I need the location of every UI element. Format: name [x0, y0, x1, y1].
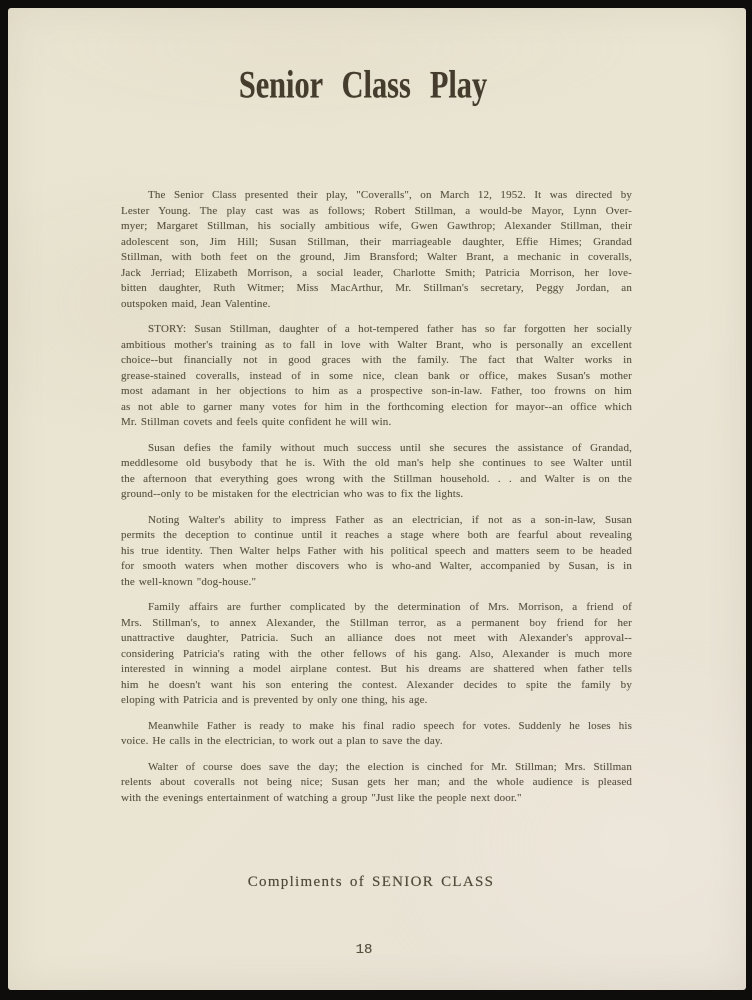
body-paragraph: Susan defies the family without much suc… — [121, 441, 632, 503]
body-paragraph: STORY: Susan Stillman, daughter of a hot… — [121, 322, 632, 431]
text-line: meddlesome old busybody that he is. With… — [121, 456, 632, 472]
text-line: grease-stained coveralls, instead of in … — [121, 369, 632, 385]
text-line: Meanwhile Father is ready to make his fi… — [121, 719, 632, 735]
text-line: Family affairs are further complicated b… — [121, 600, 632, 616]
text-line: outspoken maid, Jean Valentine. — [121, 297, 632, 313]
text-line: Mr. Stillman covets and feels quite conf… — [121, 415, 632, 431]
text-line: eloping with Patricia and is prevented b… — [121, 693, 632, 709]
page-number: 18 — [348, 942, 380, 958]
text-line: Stillman, with both feet on the ground, … — [121, 250, 632, 266]
text-line: Lester Young. The play cast was as follo… — [121, 204, 632, 220]
text-line: voice. He calls in the electrician, to w… — [121, 734, 632, 750]
text-line: Susan defies the family without much suc… — [121, 441, 632, 457]
text-line: ground--only to be mistaken for the elec… — [121, 487, 632, 503]
text-line: Jack Jerriad; Elizabeth Morrison, a soci… — [121, 266, 632, 282]
text-line: Noting Walter's ability to impress Fathe… — [121, 513, 632, 529]
text-line: myer; Margaret Stillman, his socially am… — [121, 219, 632, 235]
body-paragraph: The Senior Class presented their play, "… — [121, 188, 632, 312]
yearbook-page: Senior Class Play The Senior Class prese… — [8, 8, 746, 990]
text-line: interested in winning a model airplane c… — [121, 662, 632, 678]
text-line: Walter of course does save the day; the … — [121, 760, 632, 776]
page-title: Senior Class Play — [72, 63, 654, 109]
text-line: adolescent son, Jim Hill; Susan Stillman… — [121, 235, 632, 251]
body-paragraph: Noting Walter's ability to impress Fathe… — [121, 513, 632, 591]
compliments-line: Compliments of SENIOR CLASS — [8, 874, 734, 891]
body-paragraph: Family affairs are further complicated b… — [121, 600, 632, 709]
text-line: unattractive daughter, Patricia. Such an… — [121, 631, 632, 647]
body-paragraph: Meanwhile Father is ready to make his fi… — [121, 719, 632, 750]
text-line: considering Patricia's rating with the o… — [121, 647, 632, 663]
text-line: most adamant in her objections to him as… — [121, 384, 632, 400]
text-line: Mrs. Stillman's, to annex Alexander, the… — [121, 616, 632, 632]
text-line: relents about coveralls not being nice; … — [121, 775, 632, 791]
story-text: The Senior Class presented their play, "… — [121, 188, 632, 816]
text-line: his true identity. Then Walter helps Fat… — [121, 544, 632, 560]
text-line: for smooth waters when mother discovers … — [121, 559, 632, 575]
text-line: the afternoon that everything goes wrong… — [121, 472, 632, 488]
text-line: The Senior Class presented their play, "… — [121, 188, 632, 204]
text-line: the well-known "dog-house." — [121, 575, 632, 591]
text-line: bitten daughter, Ruth Witmer; Miss MacAr… — [121, 281, 632, 297]
text-line: with the evenings entertainment of watch… — [121, 791, 632, 807]
text-line: STORY: Susan Stillman, daughter of a hot… — [121, 322, 632, 338]
text-line: him he doesn't want his son entering the… — [121, 678, 632, 694]
text-line: ambitious mother's training as to fall i… — [121, 338, 632, 354]
text-line: permits the deception to continue until … — [121, 528, 632, 544]
body-paragraph: Walter of course does save the day; the … — [121, 760, 632, 807]
text-line: as not able to garner many votes for him… — [121, 400, 632, 416]
text-line: choice--but financially not in good grac… — [121, 353, 632, 369]
